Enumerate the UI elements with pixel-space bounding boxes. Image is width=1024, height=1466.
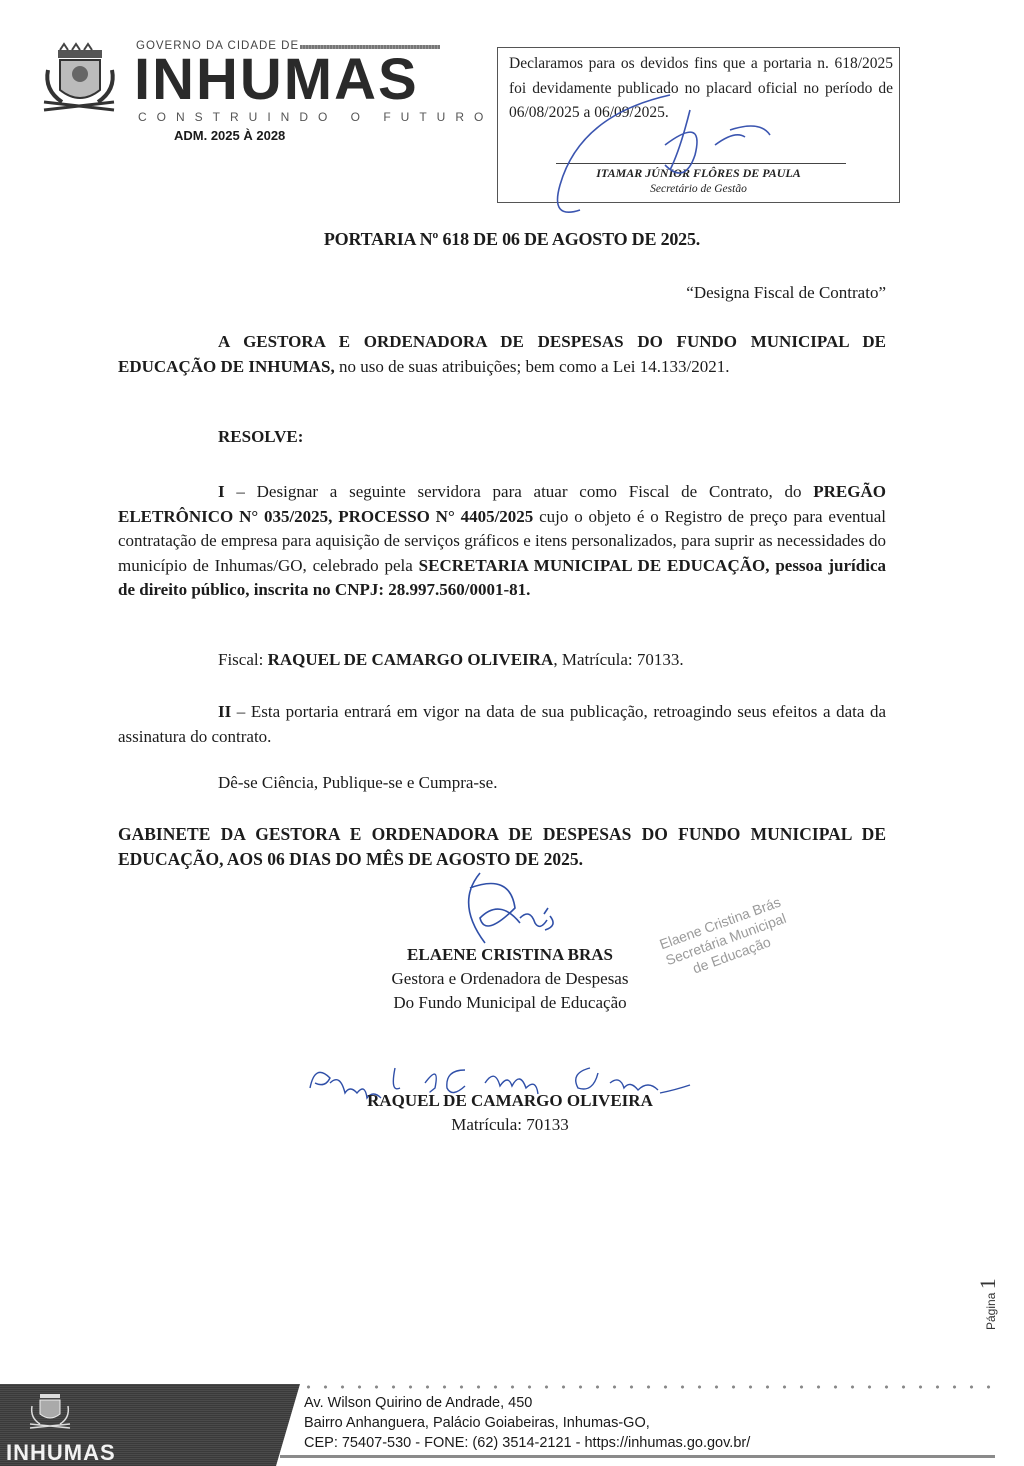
preamble-text: no uso de suas atribuições; bem como a L… <box>335 357 730 376</box>
footer-address: Av. Wilson Quirino de Andrade, 450 Bairr… <box>304 1393 750 1453</box>
article-2-text: – Esta portaria entrará em vigor na data… <box>118 702 886 746</box>
closing-formula: Dê-se Ciência, Publique-se e Cumpra-se. <box>218 773 497 793</box>
resolve-heading: RESOLVE: <box>218 427 303 447</box>
document-title: PORTARIA Nº 618 DE 06 DE AGOSTO DE 2025. <box>0 229 1024 250</box>
publication-signer-role: Secretário de Gestão <box>497 183 900 195</box>
article-1-text-a: – Designar a seguinte servidora para atu… <box>225 482 814 501</box>
official-stamp: Elaene Cristina Brás Secretária Municipa… <box>628 883 824 996</box>
page-label: Página <box>984 1293 998 1330</box>
article-1-label: I <box>218 482 225 501</box>
page-number: Página 1 <box>975 1278 1001 1330</box>
city-name: INHUMAS <box>134 50 419 110</box>
article-2-paragraph: II – Esta portaria entrará em vigor na d… <box>118 700 886 749</box>
footer-address-line-1: Av. Wilson Quirino de Andrade, 450 <box>304 1393 750 1413</box>
fiscal-signer-name: RAQUEL DE CAMARGO OLIVEIRA <box>260 1091 760 1111</box>
footer-rule <box>280 1455 995 1458</box>
gabinete-paragraph: GABINETE DA GESTORA E ORDENADORA DE DESP… <box>118 822 886 871</box>
administration-period: ADM. 2025 À 2028 <box>174 128 285 143</box>
preamble-paragraph: A GESTORA E ORDENADORA DE DESPESAS DO FU… <box>118 330 886 379</box>
gestora-role-line-2: Do Fundo Municipal de Educação <box>300 993 720 1013</box>
page-number-value: 1 <box>975 1278 1000 1289</box>
publication-signer-name: ITAMAR JÚNIOR FLÔRES DE PAULA <box>497 166 900 181</box>
footer-contact-line: CEP: 75407-530 - FONE: (62) 3514-2121 - … <box>304 1433 750 1453</box>
fiscal-matricula: , Matrícula: 70133. <box>553 650 683 669</box>
publication-statement: Declaramos para os devidos fins que a po… <box>509 52 893 126</box>
footer-address-line-2: Bairro Anhanguera, Palácio Goiabeiras, I… <box>304 1413 750 1433</box>
footer-coat-of-arms-icon <box>26 1390 74 1432</box>
document-ementa: “Designa Fiscal de Contrato” <box>600 283 886 303</box>
coat-of-arms-icon <box>36 40 124 120</box>
fiscal-label: Fiscal: <box>218 650 268 669</box>
footer-dotted-rule <box>300 1384 1000 1390</box>
fiscal-signer-matricula: Matrícula: 70133 <box>260 1115 760 1135</box>
footer-city-name: INHUMAS <box>6 1440 116 1466</box>
signature-line <box>556 163 846 164</box>
fiscal-line: Fiscal: RAQUEL DE CAMARGO OLIVEIRA, Matr… <box>218 650 684 670</box>
article-1-paragraph: I – Designar a seguinte servidora para a… <box>118 480 886 603</box>
gestora-signature-icon <box>450 868 570 948</box>
article-2-label: II <box>218 702 231 721</box>
city-motto: CONSTRUINDO O FUTURO <box>138 110 493 124</box>
fiscal-name: RAQUEL DE CAMARGO OLIVEIRA <box>268 650 554 669</box>
